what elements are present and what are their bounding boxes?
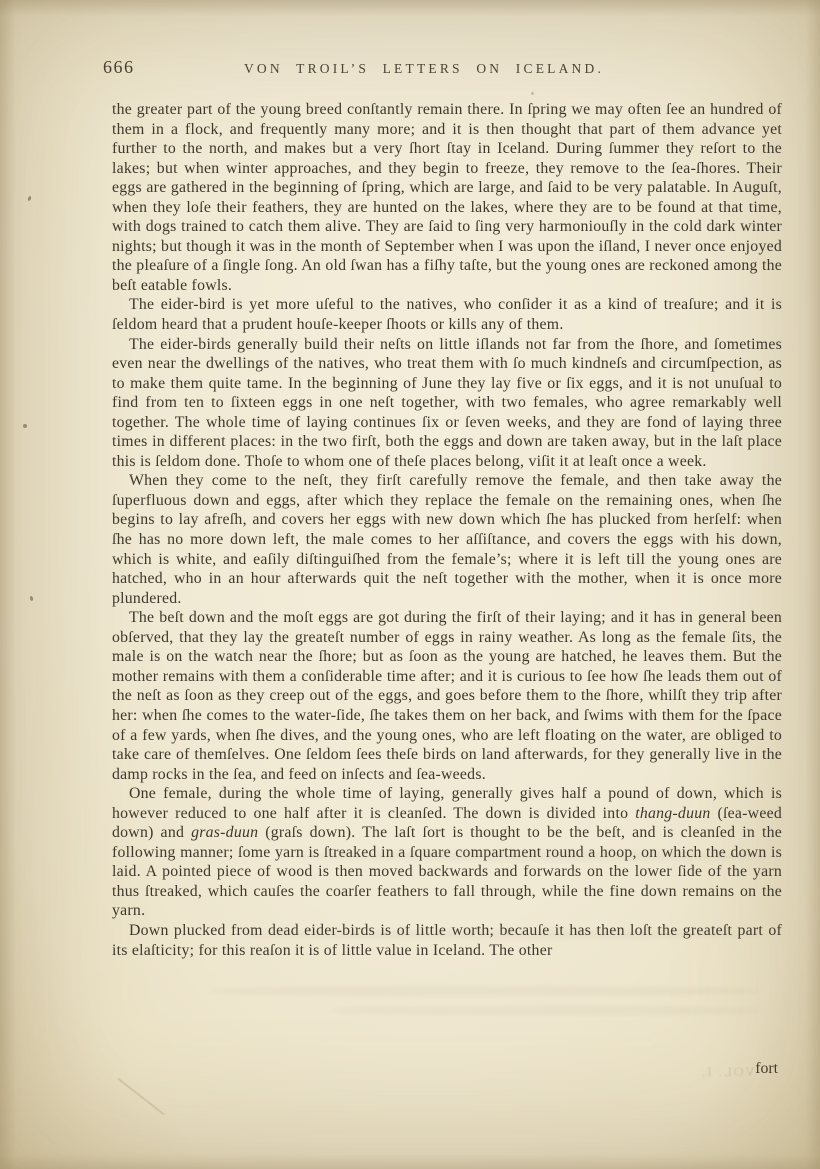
text-run: gras-duun bbox=[191, 824, 258, 841]
paragraph: The eider-bird is yet more uſeful to the… bbox=[112, 295, 782, 334]
ink-speck bbox=[23, 424, 27, 428]
catchword: fort bbox=[112, 1060, 778, 1078]
text-run: When they come to the neſt, they firſt c… bbox=[112, 472, 782, 606]
text-run: Down plucked from dead eider-birds is of… bbox=[112, 922, 782, 959]
paragraph: Down plucked from dead eider-birds is of… bbox=[112, 921, 782, 960]
ink-speck bbox=[27, 196, 32, 202]
text-run: The eider-bird is yet more uſeful to the… bbox=[112, 296, 782, 333]
paragraph: The eider-birds generally build their ne… bbox=[112, 335, 782, 472]
text-run: The eider-birds generally build their ne… bbox=[112, 336, 782, 470]
paragraph: The beſt down and the moſt eggs are got … bbox=[112, 608, 782, 784]
paragraph: One female, during the whole time of lay… bbox=[112, 784, 782, 921]
text-run: thang-duun bbox=[635, 805, 710, 822]
book-page-scan: 666 VON TROIL’S LETTERS ON ICELAND. the … bbox=[0, 0, 820, 1169]
text-run: The beſt down and the moſt eggs are got … bbox=[112, 609, 782, 782]
ink-speck bbox=[29, 596, 33, 602]
paragraph: When they come to the neſt, they firſt c… bbox=[112, 471, 782, 608]
crease-mark bbox=[118, 1078, 164, 1114]
page-body-text: the greater part of the young breed conſ… bbox=[112, 100, 782, 960]
paragraph: the greater part of the young breed conſ… bbox=[112, 100, 782, 295]
bleedthrough-smudge bbox=[330, 1006, 760, 1015]
bleedthrough-smudge bbox=[210, 986, 760, 996]
running-title: VON TROIL’S LETTERS ON ICELAND. bbox=[112, 61, 736, 77]
bleedthrough-text: VOL. I. bbox=[700, 1064, 755, 1080]
ink-speck bbox=[531, 92, 534, 95]
text-run: the greater part of the young breed conſ… bbox=[112, 101, 782, 294]
